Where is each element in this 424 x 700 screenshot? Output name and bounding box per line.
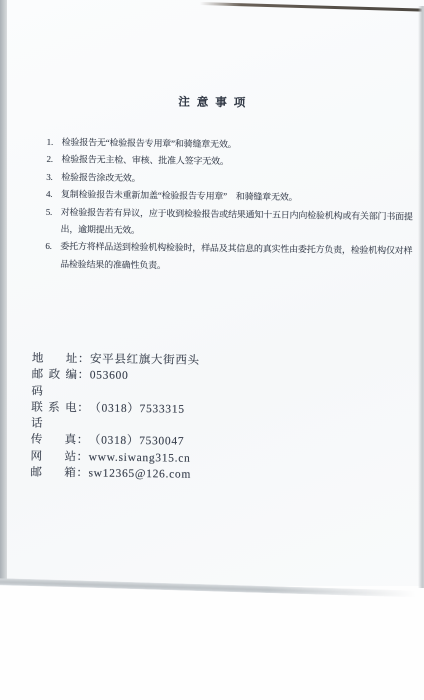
- page-title: 注意事项: [0, 91, 424, 113]
- contact-colon: ：: [76, 465, 88, 481]
- contact-label: 网站: [30, 448, 76, 465]
- page-content: 注意事项 1.检验报告无“检验报告专用章”和骑缝章无效。2.检验报告无主检、审核…: [0, 0, 424, 700]
- contact-value: 053600: [90, 370, 129, 383]
- note-item: 5.对检验报告若有异议，应于收到检验报告或结果通知十五日内向检验机构或有关部门书…: [45, 203, 416, 243]
- note-number: 6.: [45, 238, 60, 273]
- note-number: 2.: [46, 151, 61, 169]
- contact-row: 邮政编码：053600: [31, 367, 199, 402]
- contact-value: www.siwang315.cn: [89, 451, 191, 464]
- contact-colon: ：: [76, 449, 88, 465]
- contact-label: 邮政编码: [31, 367, 77, 400]
- note-item: 6.委托方将样品送到检验机构检验时，样品及其信息的真实性由委托方负责，检验机构仅…: [45, 238, 416, 278]
- note-number: 4.: [46, 186, 61, 204]
- contact-colon: ：: [78, 351, 90, 367]
- contact-value: sw12365@126.com: [88, 467, 191, 480]
- contact-row: 联系电话：（0318）7533315: [31, 400, 199, 435]
- contact-label: 联系电话: [31, 400, 77, 433]
- contact-value: （0318）7533315: [89, 402, 185, 415]
- contact-label: 传真: [31, 432, 77, 449]
- notes-list: 1.检验报告无“检验报告专用章”和骑缝章无效。2.检验报告无主检、审核、批准人签…: [45, 134, 418, 278]
- contact-label: 邮箱: [30, 465, 76, 482]
- contact-block: 地址：安平县红旗大街西头邮政编码：053600联系电话：（0318）753331…: [30, 351, 200, 484]
- note-text: 对检验报告若有异议，应于收到检验报告或结果通知十五日内向检验机构或有关部门书面提…: [60, 204, 416, 243]
- contact-colon: ：: [77, 433, 89, 449]
- contact-row: 邮箱：sw12365@126.com: [30, 465, 198, 483]
- contact-colon: ：: [78, 368, 90, 384]
- contact-value: （0318）7530047: [89, 435, 185, 448]
- note-text: 委托方将样品送到检验机构检验时，样品及其信息的真实性由委托方负责，检验机构仅对样…: [60, 238, 416, 277]
- scanned-document-page: 注意事项 1.检验报告无“检验报告专用章”和骑缝章无效。2.检验报告无主检、审核…: [0, 0, 424, 700]
- contact-value: 安平县红旗大街西头: [90, 353, 200, 366]
- note-number: 1.: [47, 134, 62, 152]
- contact-label: 地址: [32, 351, 78, 368]
- note-number: 3.: [46, 169, 61, 187]
- contact-colon: ：: [77, 400, 89, 416]
- note-number: 5.: [45, 203, 60, 238]
